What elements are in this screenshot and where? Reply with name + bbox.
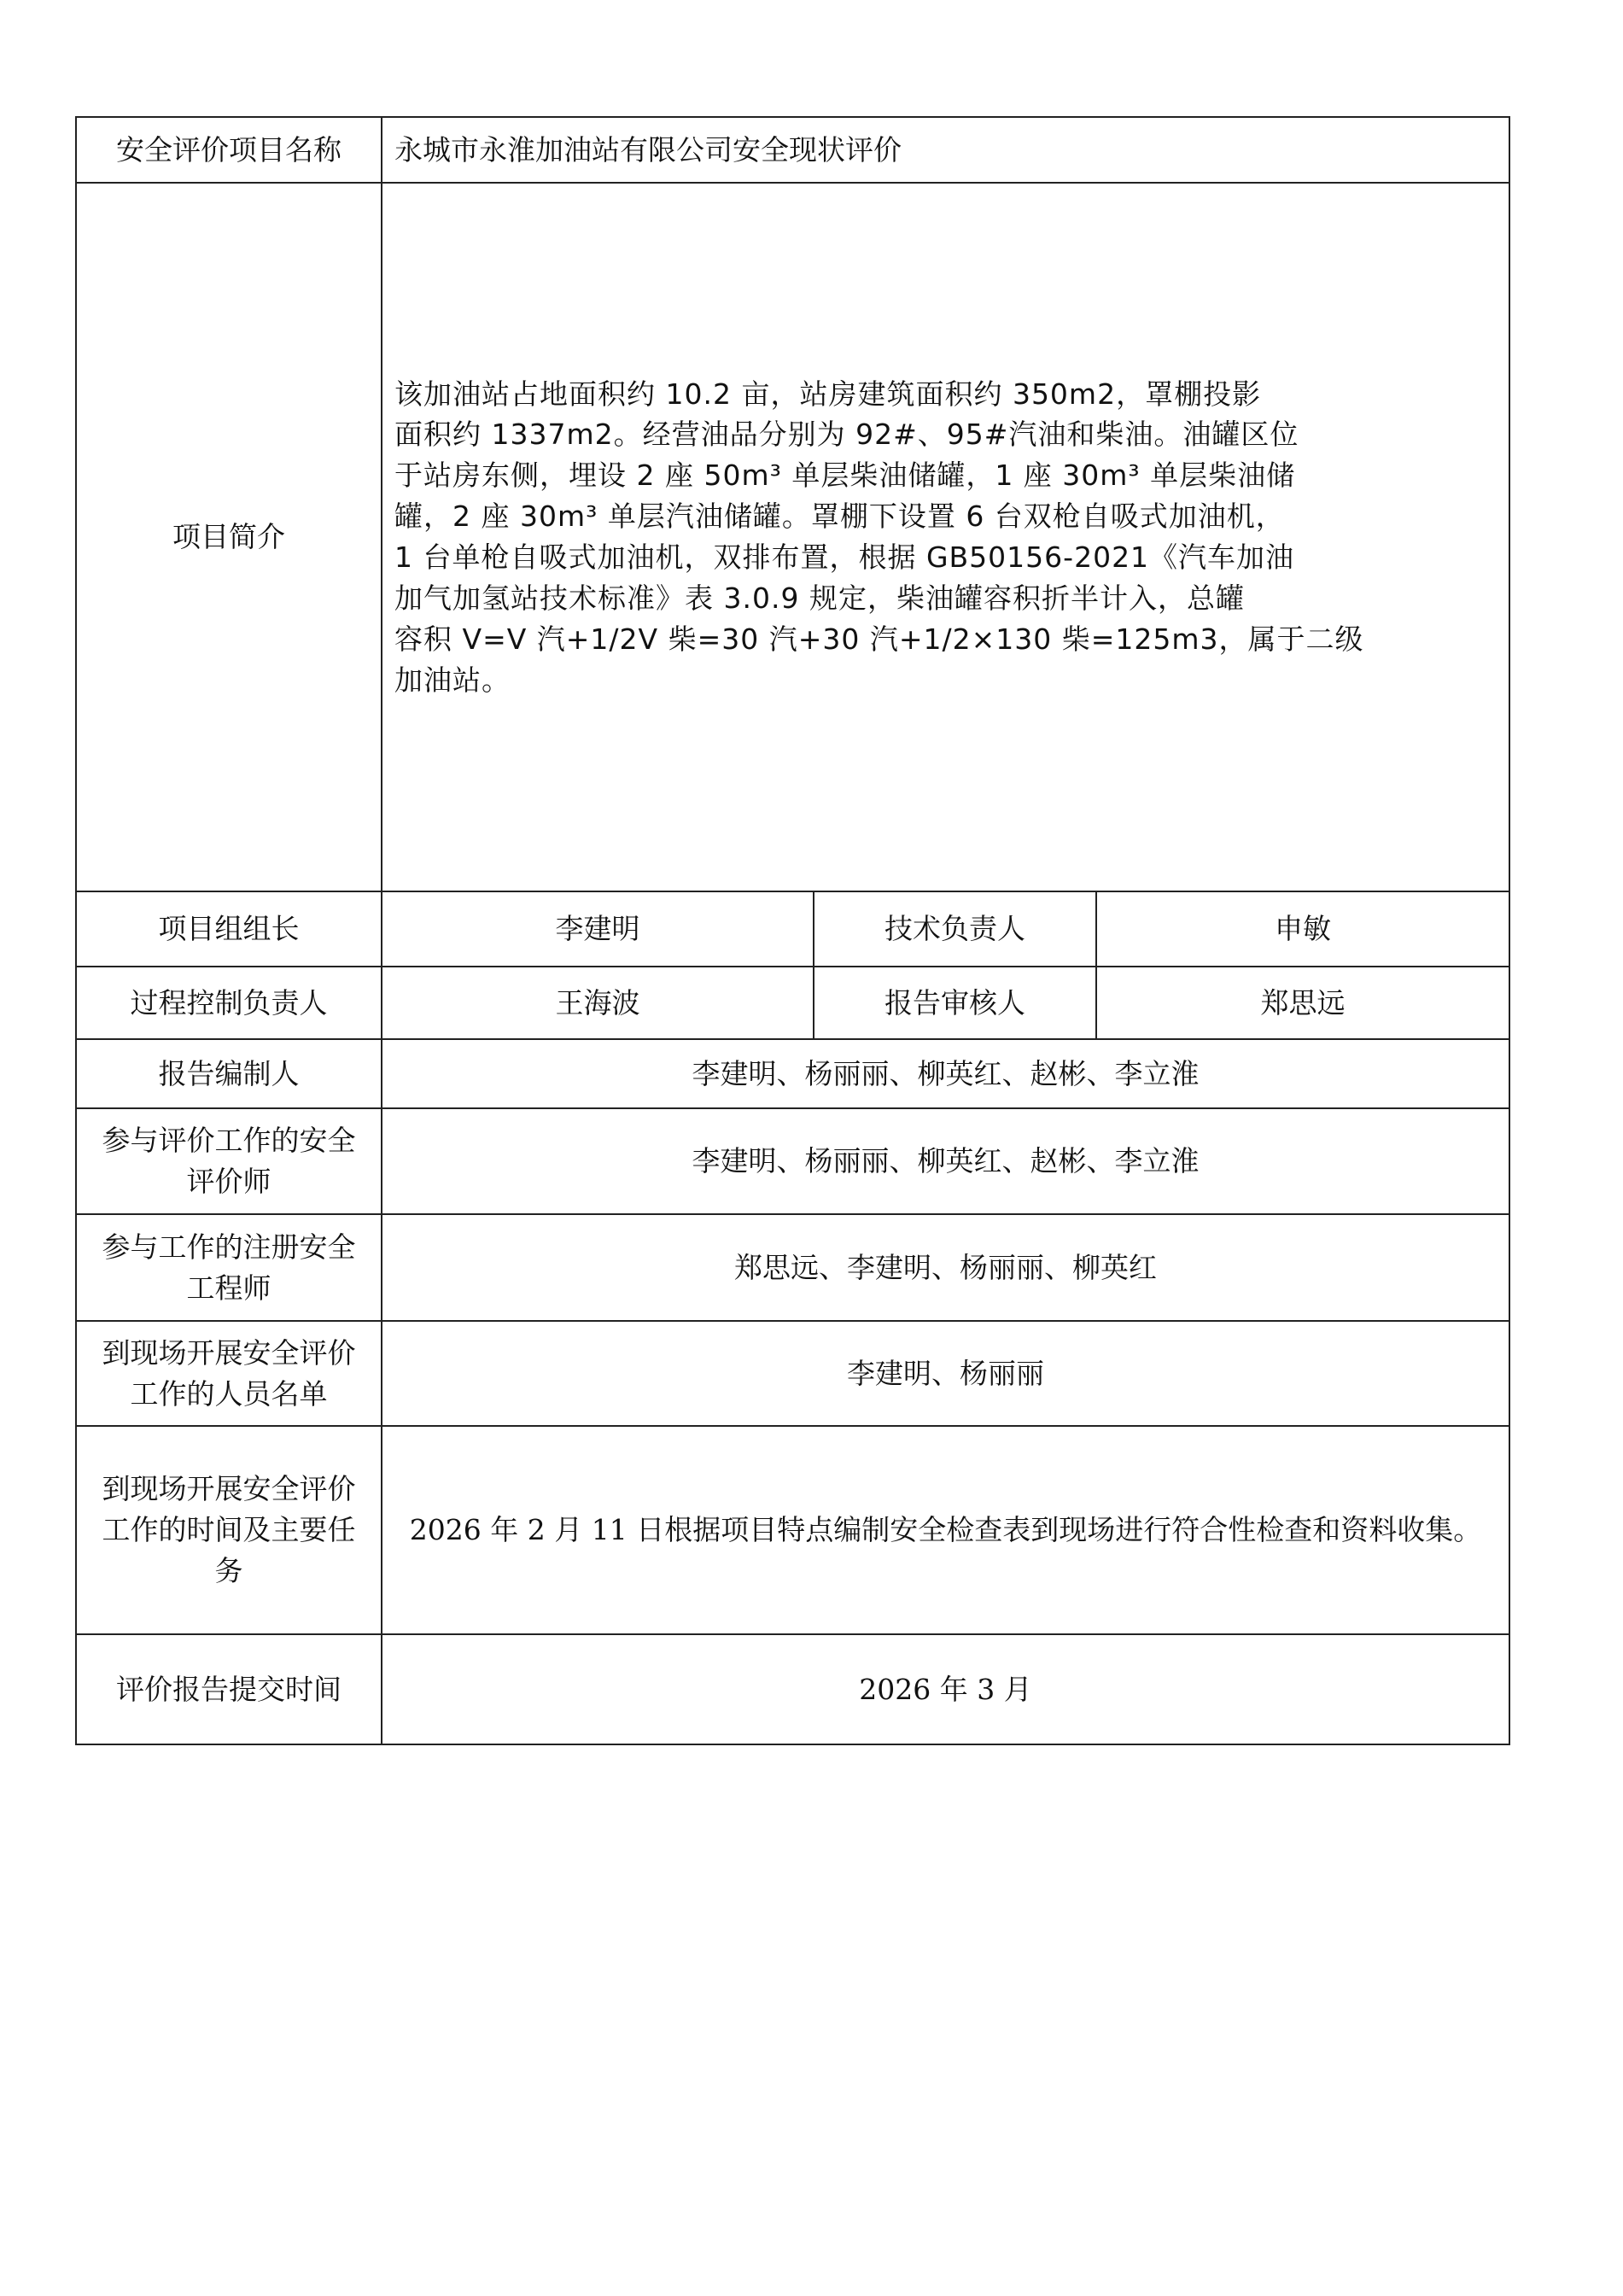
row-onsite-personnel: 到现场开展安全评价工作的人员名单 李建明、杨丽丽 — [76, 1321, 1509, 1426]
project-name-label: 安全评价项目名称 — [76, 117, 382, 183]
row-project-name: 安全评价项目名称 永城市永淮加油站有限公司安全现状评价 — [76, 117, 1509, 183]
submission-time-label: 评价报告提交时间 — [76, 1634, 382, 1744]
report-reviewer-label: 报告审核人 — [814, 967, 1096, 1039]
report-reviewer-value: 郑思远 — [1096, 967, 1509, 1039]
row-safety-assessors: 参与评价工作的安全评价师 李建明、杨丽丽、柳英红、赵彬、李立淮 — [76, 1108, 1509, 1214]
report-authors-value: 李建明、杨丽丽、柳英红、赵彬、李立淮 — [382, 1039, 1509, 1108]
document-page: 安全评价项目名称 永城市永淮加油站有限公司安全现状评价 项目简介 该加油站占地面… — [0, 0, 1623, 2296]
report-authors-label: 报告编制人 — [76, 1039, 382, 1108]
intro-line: 罐，2 座 30m³ 单层汽油储罐。罩棚下设置 6 台双枪自吸式加油机， — [394, 496, 1497, 537]
process-control-lead-label: 过程控制负责人 — [76, 967, 382, 1039]
onsite-personnel-value: 李建明、杨丽丽 — [382, 1321, 1509, 1426]
intro-line: 1 台单枪自吸式加油机，双排布置，根据 GB50156-2021《汽车加油 — [394, 537, 1497, 578]
technical-lead-label: 技术负责人 — [814, 891, 1096, 967]
submission-time-value: 2026 年 3 月 — [382, 1634, 1509, 1744]
row-process-control: 过程控制负责人 王海波 报告审核人 郑思远 — [76, 967, 1509, 1039]
row-report-authors: 报告编制人 李建明、杨丽丽、柳英红、赵彬、李立淮 — [76, 1039, 1509, 1108]
row-registered-engineers: 参与工作的注册安全工程师 郑思远、李建明、杨丽丽、柳英红 — [76, 1214, 1509, 1321]
intro-line: 容积 V=V 汽+1/2V 柴=30 汽+30 汽+1/2×130 柴=125m… — [394, 619, 1497, 660]
intro-line: 加油站。 — [394, 660, 1497, 701]
project-intro-value: 该加油站占地面积约 10.2 亩，站房建筑面积约 350m2，罩棚投影 面积约 … — [382, 183, 1509, 891]
onsite-personnel-label: 到现场开展安全评价工作的人员名单 — [76, 1321, 382, 1426]
onsite-time-tasks-label: 到现场开展安全评价工作的时间及主要任务 — [76, 1426, 382, 1634]
intro-line: 面积约 1337m2。经营油品分别为 92#、95#汽油和柴油。油罐区位 — [394, 414, 1497, 455]
technical-lead-value: 申敏 — [1096, 891, 1509, 967]
assessment-info-table: 安全评价项目名称 永城市永淮加油站有限公司安全现状评价 项目简介 该加油站占地面… — [75, 116, 1510, 1745]
team-leader-value: 李建明 — [382, 891, 814, 967]
team-leader-label: 项目组组长 — [76, 891, 382, 967]
project-intro-label: 项目简介 — [76, 183, 382, 891]
registered-engineers-value: 郑思远、李建明、杨丽丽、柳英红 — [382, 1214, 1509, 1321]
safety-assessors-value: 李建明、杨丽丽、柳英红、赵彬、李立淮 — [382, 1108, 1509, 1214]
intro-line: 加气加氢站技术标准》表 3.0.9 规定，柴油罐容积折半计入，总罐 — [394, 578, 1497, 619]
onsite-time-tasks-value: 2026 年 2 月 11 日根据项目特点编制安全检查表到现场进行符合性检查和资… — [382, 1426, 1509, 1634]
intro-line: 该加油站占地面积约 10.2 亩，站房建筑面积约 350m2，罩棚投影 — [394, 374, 1497, 415]
row-team-leader: 项目组组长 李建明 技术负责人 申敏 — [76, 891, 1509, 967]
row-submission-time: 评价报告提交时间 2026 年 3 月 — [76, 1634, 1509, 1744]
registered-engineers-label: 参与工作的注册安全工程师 — [76, 1214, 382, 1321]
row-onsite-time-tasks: 到现场开展安全评价工作的时间及主要任务 2026 年 2 月 11 日根据项目特… — [76, 1426, 1509, 1634]
safety-assessors-label: 参与评价工作的安全评价师 — [76, 1108, 382, 1214]
process-control-lead-value: 王海波 — [382, 967, 814, 1039]
project-name-value: 永城市永淮加油站有限公司安全现状评价 — [382, 117, 1509, 183]
intro-line: 于站房东侧，埋设 2 座 50m³ 单层柴油储罐，1 座 30m³ 单层柴油储 — [394, 455, 1497, 496]
row-project-intro: 项目简介 该加油站占地面积约 10.2 亩，站房建筑面积约 350m2，罩棚投影… — [76, 183, 1509, 891]
